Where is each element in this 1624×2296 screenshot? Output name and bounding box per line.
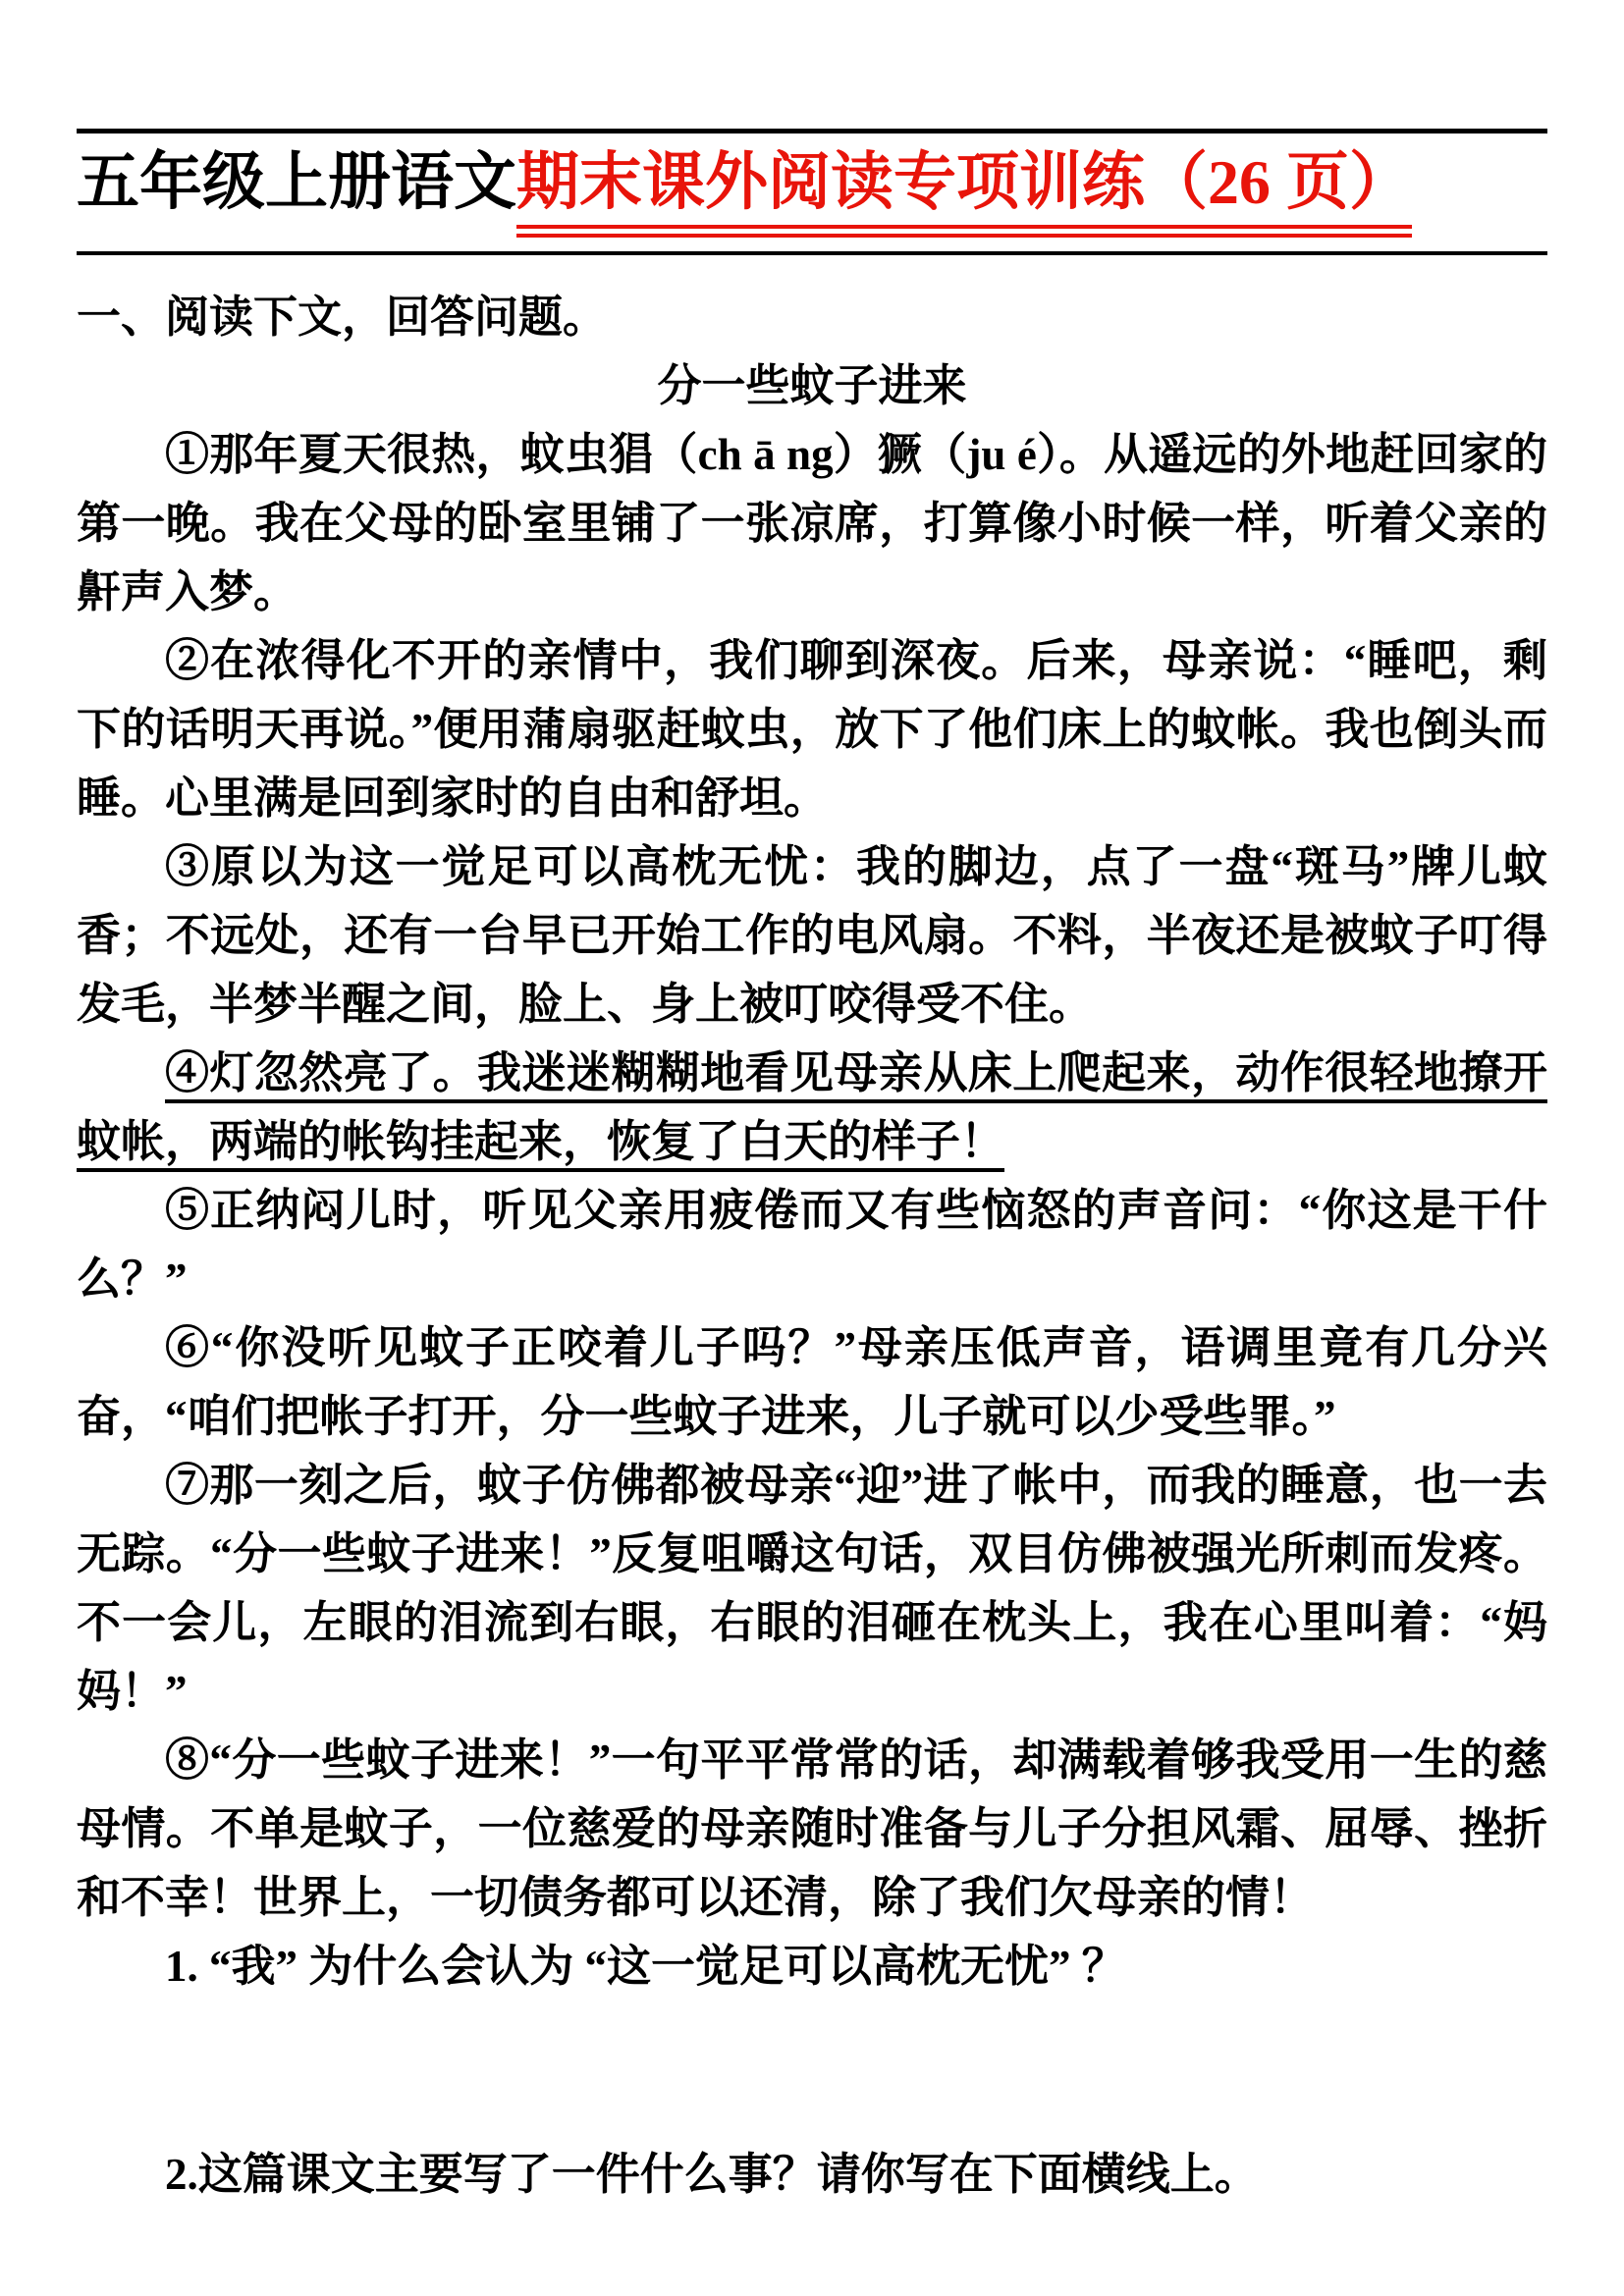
page-title-black-part: 五年级上册语文 [77,147,516,217]
passage-paragraph-3: ③原以为这一觉足可以高枕无忧：我的脚边，点了一盘“斑马”牌儿蚊香；不远处，还有一… [77,832,1547,1039]
passage-paragraph-6: ⑥“你没听见蚊子正咬着儿子吗？”母亲压低声音，语调里竟有几分兴奋，“咱们把帐子打… [77,1313,1547,1451]
top-divider-rule [77,129,1547,133]
passage-paragraph-4-underlined: ④灯忽然亮了。我迷迷糊糊地看见母亲从床上爬起来，动作很轻地撩开蚊帐，两端的帐钩挂… [77,1039,1547,1176]
question-1-text: “我” 为什么会认为 “这一觉足可以高枕无忧” ？ [198,1942,1126,1991]
passage-paragraph-8: ⑧“分一些蚊子进来！”一句平平常常的话，却满载着够我受用一生的慈母情。不单是蚊子… [77,1726,1547,1932]
passage-content: 一、阅读下文，回答问题。 分一些蚊子进来 ①那年夏天很热，蚊虫猖（ch ā ng… [77,283,1547,2209]
title-bottom-rule [77,251,1547,255]
question-2-text: 这篇课文主要写了一件什么事？请你写在下面横线上。 [198,2150,1259,2199]
question-1-number: 1. [165,1942,198,1991]
worksheet-page: 五年级上册语文期末课外阅读专项训练（26 页） 一、阅读下文，回答问题。 分一些… [0,0,1624,2296]
passage-paragraph-7: ⑦那一刻之后，蚊子仿佛都被母亲“迎”进了帐中，而我的睡意，也一去无踪。“分一些蚊… [77,1451,1547,1726]
page-title-red-part: 期末课外阅读专项训练（26 页） [516,143,1412,238]
passage-title: 分一些蚊子进来 [77,351,1547,420]
passage-paragraph-2: ②在浓得化不开的亲情中，我们聊到深夜。后来，母亲说：“睡吧，剩下的话明天再说。”… [77,626,1547,832]
passage-paragraph-1: ①那年夏天很热，蚊虫猖（ch ā ng）獗（ju é）。从遥远的外地赶回家的第一… [77,420,1547,626]
question-1: 1. “我” 为什么会认为 “这一觉足可以高枕无忧” ？ [77,1932,1547,2001]
question-2-number: 2. [165,2150,198,2199]
passage-paragraph-5: ⑤正纳闷儿时，听见父亲用疲倦而又有些恼怒的声音问：“你这是干什么？” [77,1176,1547,1313]
section-instruction: 一、阅读下文，回答问题。 [77,283,1547,351]
page-title: 五年级上册语文期末课外阅读专项训练（26 页） [77,143,1547,238]
question-2: 2.这篇课文主要写了一件什么事？请你写在下面横线上。 [77,2140,1547,2209]
